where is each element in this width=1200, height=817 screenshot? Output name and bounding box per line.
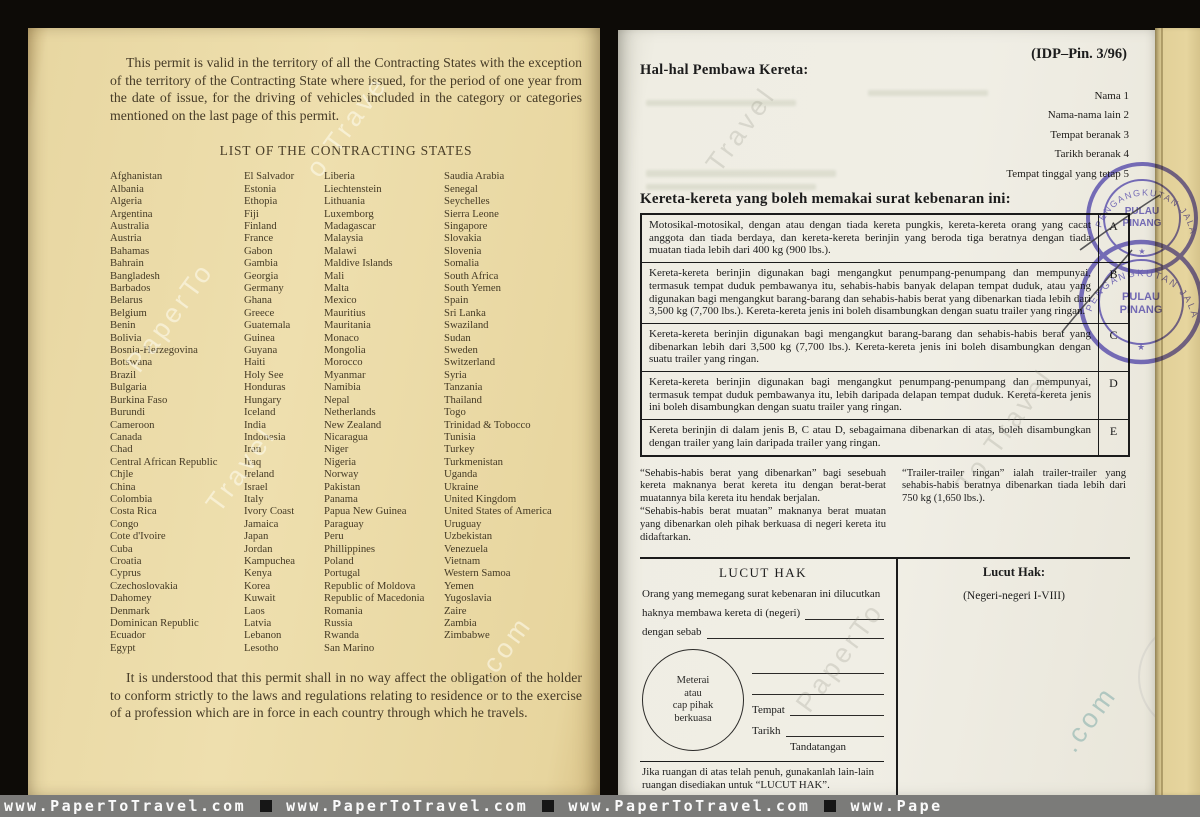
country-name: Guatemala bbox=[244, 319, 324, 331]
country-name: Malaysia bbox=[324, 232, 444, 244]
country-name: Netherlands bbox=[324, 406, 444, 418]
country-name: Sudan bbox=[444, 332, 562, 344]
category-row: Kereta berinjin di dalam jenis B, C atau… bbox=[642, 420, 1128, 454]
country-name: Ethopia bbox=[244, 195, 324, 207]
country-name: Slovakia bbox=[444, 232, 562, 244]
country-name: Malawi bbox=[324, 245, 444, 257]
personal-field-label: Tempat tinggal yang tetap 5 bbox=[640, 165, 1129, 184]
country-name: Maldive Islands bbox=[324, 257, 444, 269]
category-row: Kereta-kereta berinjin digunakan bagi me… bbox=[642, 263, 1128, 324]
country-name: Spain bbox=[444, 294, 562, 306]
reason-field-label: dengan sebab bbox=[642, 626, 702, 639]
watermark-url-text: www.PaperToTravel.com bbox=[286, 797, 528, 815]
country-name: Mali bbox=[324, 270, 444, 282]
country-name: Yugoslavia bbox=[444, 592, 562, 604]
country-name: Panama bbox=[324, 493, 444, 505]
svg-text:★: ★ bbox=[1138, 247, 1145, 256]
country-name: Cyprus bbox=[110, 567, 244, 579]
country-name: Romania bbox=[324, 605, 444, 617]
country-column-4: Saudia ArabiaSenegalSeychellesSierra Leo… bbox=[444, 170, 562, 654]
reason-line: dengan sebab bbox=[642, 626, 884, 639]
country-name: Burundi bbox=[110, 406, 244, 418]
lucut-hak-footnote: Jika ruangan di atas telah penuh, gunaka… bbox=[642, 766, 884, 791]
country-name: Ireland bbox=[244, 468, 324, 480]
personal-field-label: Tarikh beranak 4 bbox=[640, 145, 1129, 164]
country-name: Mauritania bbox=[324, 319, 444, 331]
personal-field-label: Nama 1 bbox=[640, 87, 1129, 106]
country-name: Estonia bbox=[244, 183, 324, 195]
country-name: New Zealand bbox=[324, 419, 444, 431]
seal-text-line: atau bbox=[643, 688, 743, 701]
country-name: Ukraine bbox=[444, 481, 562, 493]
definitions-right-column: “Trailer-trailer ringan” ialah trailer-t… bbox=[902, 468, 1126, 546]
country-name: Egypt bbox=[110, 642, 244, 654]
country-name: Slovenia bbox=[444, 245, 562, 257]
country-name: Switzerland bbox=[444, 356, 562, 368]
country-name: Papua New Guinea bbox=[324, 505, 444, 517]
country-name: Bangladesh bbox=[110, 270, 244, 282]
permit-validity-paragraph: This permit is valid in the territory of… bbox=[110, 54, 582, 124]
country-name: United States of America bbox=[444, 505, 562, 517]
country-name: Cuba bbox=[110, 543, 244, 555]
place-blank-field[interactable] bbox=[790, 703, 884, 716]
country-name: Gambia bbox=[244, 257, 324, 269]
country-name: China bbox=[110, 481, 244, 493]
seal-text-line: cap pihak bbox=[643, 700, 743, 713]
country-column-1: AfghanistanAlbaniaAlgeriaArgentinaAustra… bbox=[110, 170, 244, 654]
country-name: Madagascar bbox=[324, 220, 444, 232]
svg-text:★: ★ bbox=[1137, 342, 1145, 352]
personal-field-label: Tempat beranak 3 bbox=[640, 126, 1129, 145]
category-description: Kereta-kereta berinjin digunakan bagi me… bbox=[642, 372, 1099, 419]
authority-seal-circle: Meteraiataucap pihakberkuasa bbox=[642, 649, 744, 751]
country-name: Bosnia-Herzegovina bbox=[110, 344, 244, 356]
country-name: Barbados bbox=[110, 282, 244, 294]
country-name: Georgia bbox=[244, 270, 324, 282]
country-name: Laos bbox=[244, 605, 324, 617]
lucut-hak-ref-heading: Lucut Hak: bbox=[898, 565, 1130, 580]
country-name: Ghana bbox=[244, 294, 324, 306]
country-name: Croatia bbox=[110, 555, 244, 567]
country-name: Togo bbox=[444, 406, 562, 418]
disqualification-line-1: Orang yang memegang surat kebenaran ini … bbox=[642, 588, 884, 601]
date-line: Tarikh bbox=[752, 716, 884, 737]
divider-rule bbox=[640, 761, 884, 762]
country-name: Morocco bbox=[324, 356, 444, 368]
seal-side-fields: Tempat Tarikh Tandatangan bbox=[744, 649, 884, 753]
category-row: Kereta-kereta berinjin digunakan bagi me… bbox=[642, 372, 1128, 420]
lucut-hak-heading: LUCUT HAK bbox=[642, 565, 884, 581]
country-name: Saudia Arabia bbox=[444, 170, 562, 182]
country-name: Germany bbox=[244, 282, 324, 294]
svg-text:PULAU: PULAU bbox=[1122, 291, 1160, 303]
country-name: Guinea bbox=[244, 332, 324, 344]
country-name: United Kingdom bbox=[444, 493, 562, 505]
disqualification-line-2: haknya membawa kereta di (negeri) bbox=[642, 607, 884, 620]
country-name: Pakistan bbox=[324, 481, 444, 493]
country-name: Holy See bbox=[244, 369, 324, 381]
svg-text:PINANG: PINANG bbox=[1120, 304, 1163, 316]
country-name: Liechtenstein bbox=[324, 183, 444, 195]
lucut-hak-form: LUCUT HAK Orang yang memegang surat kebe… bbox=[640, 559, 898, 799]
seal-text-line: Meterai bbox=[643, 675, 743, 688]
country-name: Phillippines bbox=[324, 543, 444, 555]
country-name: Russia bbox=[324, 617, 444, 629]
country-name: France bbox=[244, 232, 324, 244]
country-name: Malta bbox=[324, 282, 444, 294]
country-name: Cameroon bbox=[110, 419, 244, 431]
country-name: Lebanon bbox=[244, 629, 324, 641]
country-field-label: haknya membawa kereta di (negeri) bbox=[642, 607, 800, 620]
country-name: Lithuania bbox=[324, 195, 444, 207]
personal-particulars-index: Nama 1Nama-nama lain 2Tempat beranak 3Ta… bbox=[640, 87, 1129, 184]
country-name: Uganda bbox=[444, 468, 562, 480]
lucut-hak-reference: Lucut Hak: (Negeri-negeri I-VIII) bbox=[898, 559, 1130, 799]
watermark-url-text: www.Pape bbox=[850, 797, 942, 815]
country-name: Israel bbox=[244, 481, 324, 493]
country-name: Uzbekistan bbox=[444, 530, 562, 542]
country-name: Sweden bbox=[444, 344, 562, 356]
country-name: Singapore bbox=[444, 220, 562, 232]
country-name: Peru bbox=[324, 530, 444, 542]
booklet-cover-edge bbox=[1155, 28, 1200, 795]
country-name: Republic of Moldova bbox=[324, 580, 444, 592]
country-name: Zambia bbox=[444, 617, 562, 629]
country-name: Senegal bbox=[444, 183, 562, 195]
country-name: Bahrain bbox=[110, 257, 244, 269]
country-name: Chjle bbox=[110, 468, 244, 480]
country-name: Iceland bbox=[244, 406, 324, 418]
place-line: Tempat bbox=[752, 695, 884, 716]
country-name: Turkey bbox=[444, 443, 562, 455]
country-name: Dahomey bbox=[110, 592, 244, 604]
country-name: Turkmenistan bbox=[444, 456, 562, 468]
country-blank-field[interactable] bbox=[805, 607, 884, 620]
country-name: Algeria bbox=[110, 195, 244, 207]
country-name: Colombia bbox=[110, 493, 244, 505]
definition-paragraph: “Sehabis-habis berat yang dibenarkan” ba… bbox=[640, 468, 886, 506]
left-page: This permit is valid in the territory of… bbox=[28, 28, 600, 795]
cover-crease bbox=[1161, 28, 1163, 795]
country-name: Swaziland bbox=[444, 319, 562, 331]
country-name: Italy bbox=[244, 493, 324, 505]
country-name: Tanzania bbox=[444, 381, 562, 393]
country-name: Syria bbox=[444, 369, 562, 381]
country-name: Mongolia bbox=[324, 344, 444, 356]
country-name: Iran bbox=[244, 443, 324, 455]
country-name: Mauritius bbox=[324, 307, 444, 319]
country-name: Portugal bbox=[324, 567, 444, 579]
watermark-url-text: www.PaperToTravel.com bbox=[568, 797, 810, 815]
country-name: Austria bbox=[110, 232, 244, 244]
country-name: Nigeria bbox=[324, 456, 444, 468]
page-title: Hal-hal Pembawa Kereta: bbox=[640, 62, 1129, 79]
blank-line bbox=[752, 674, 884, 695]
right-page-content: (IDP–Pin. 3/96) Hal-hal Pembawa Kereta: … bbox=[618, 30, 1155, 799]
definitions-notes: “Sehabis-habis berat yang dibenarkan” ba… bbox=[640, 468, 1126, 546]
right-page: (IDP–Pin. 3/96) Hal-hal Pembawa Kereta: … bbox=[618, 30, 1155, 795]
category-description: Kereta berinjin di dalam jenis B, C atau… bbox=[642, 420, 1099, 454]
country-name: Albania bbox=[110, 183, 244, 195]
country-name: Kampuchea bbox=[244, 555, 324, 567]
country-name: Botswana bbox=[110, 356, 244, 368]
country-name: Western Samoa bbox=[444, 567, 562, 579]
country-name: Namibia bbox=[324, 381, 444, 393]
country-name: Denmark bbox=[110, 605, 244, 617]
country-name: Greece bbox=[244, 307, 324, 319]
country-name: Costa Rica bbox=[110, 505, 244, 517]
form-reference: (IDP–Pin. 3/96) bbox=[1031, 46, 1127, 63]
category-description: Motosikal-motosikal, dengan atau dengan … bbox=[642, 215, 1099, 262]
country-name: Niger bbox=[324, 443, 444, 455]
country-name: South Yemen bbox=[444, 282, 562, 294]
country-name: Norway bbox=[324, 468, 444, 480]
country-name: Venezuela bbox=[444, 543, 562, 555]
country-name: Canada bbox=[110, 431, 244, 443]
signature-label: Tandatangan bbox=[752, 741, 884, 753]
category-letter: E bbox=[1099, 420, 1128, 454]
country-name: Sri Lanka bbox=[444, 307, 562, 319]
country-name: Seychelles bbox=[444, 195, 562, 207]
country-name: Paraguay bbox=[324, 518, 444, 530]
country-name: Jordan bbox=[244, 543, 324, 555]
country-name: Czechoslovakia bbox=[110, 580, 244, 592]
vehicle-categories-table: Motosikal-motosikal, dengan atau dengan … bbox=[640, 213, 1130, 457]
contracting-states-heading: LIST OF THE CONTRACTING STATES bbox=[110, 143, 582, 159]
country-name: Bahamas bbox=[110, 245, 244, 257]
country-name: Ecuador bbox=[110, 629, 244, 641]
place-field-label: Tempat bbox=[752, 704, 785, 716]
country-name: Congo bbox=[110, 518, 244, 530]
country-name: Republic of Macedonia bbox=[324, 592, 444, 604]
separator-square bbox=[824, 800, 836, 812]
country-name: Monaco bbox=[324, 332, 444, 344]
vehicle-categories-title: Kereta-kereta yang boleh memakai surat k… bbox=[640, 191, 1129, 208]
country-name: San Marino bbox=[324, 642, 444, 654]
extra-blank-field[interactable] bbox=[752, 682, 884, 695]
country-name: Honduras bbox=[244, 381, 324, 393]
country-name: Indonesia bbox=[244, 431, 324, 443]
date-field-label: Tarikh bbox=[752, 725, 781, 737]
category-row: Kereta-kereta berinjin digunakan bagi me… bbox=[642, 324, 1128, 372]
country-name: Chad bbox=[110, 443, 244, 455]
country-name: India bbox=[244, 419, 324, 431]
category-description: Kereta-kereta berinjin digunakan bagi me… bbox=[642, 324, 1099, 371]
country-name: Poland bbox=[324, 555, 444, 567]
blank-line bbox=[752, 653, 884, 674]
country-name: Central African Republic bbox=[110, 456, 244, 468]
watermark-url-text: www.PaperToTravel.com bbox=[4, 797, 246, 815]
definition-paragraph: “Trailer-trailer ringan” ialah trailer-t… bbox=[902, 468, 1126, 506]
separator-square bbox=[542, 800, 554, 812]
country-name: Lesotho bbox=[244, 642, 324, 654]
country-name: Guyana bbox=[244, 344, 324, 356]
country-name: Brazil bbox=[110, 369, 244, 381]
scanned-permit-booklet: This permit is valid in the territory of… bbox=[0, 0, 1200, 817]
country-name: Bulgaria bbox=[110, 381, 244, 393]
definition-paragraph: “Sehabis-habis berat muatan” maknanya be… bbox=[640, 506, 886, 544]
separator-square bbox=[260, 800, 272, 812]
seal-text-line: berkuasa bbox=[643, 713, 743, 726]
country-name: Hungary bbox=[244, 394, 324, 406]
country-name: Nepal bbox=[324, 394, 444, 406]
country-name: Korea bbox=[244, 580, 324, 592]
country-name: Trinidad & Tobocco bbox=[444, 419, 562, 431]
country-name: Burkina Faso bbox=[110, 394, 244, 406]
country-name: Rwanda bbox=[324, 629, 444, 641]
country-name: Luxemborg bbox=[324, 208, 444, 220]
personal-field-label: Nama-nama lain 2 bbox=[640, 106, 1129, 125]
country-name: Sierra Leone bbox=[444, 208, 562, 220]
country-name: Fiji bbox=[244, 208, 324, 220]
country-name: Vietnam bbox=[444, 555, 562, 567]
country-name: Myanmar bbox=[324, 369, 444, 381]
country-column-3: LiberiaLiechtensteinLithuaniaLuxemborgMa… bbox=[324, 170, 444, 654]
contracting-states-list: AfghanistanAlbaniaAlgeriaArgentinaAustra… bbox=[110, 170, 578, 654]
country-name: Cote d'Ivoire bbox=[110, 530, 244, 542]
date-blank-field[interactable] bbox=[786, 724, 884, 737]
country-name: Haiti bbox=[244, 356, 324, 368]
country-name: Bolivia bbox=[110, 332, 244, 344]
left-page-content: This permit is valid in the territory of… bbox=[28, 28, 600, 722]
country-name: Iraq bbox=[244, 456, 324, 468]
obligation-paragraph: It is understood that this permit shall … bbox=[110, 669, 582, 722]
country-name: South Africa bbox=[444, 270, 562, 282]
category-row: Motosikal-motosikal, dengan atau dengan … bbox=[642, 215, 1128, 263]
seal-row: Meteraiataucap pihakberkuasa Tempat Tari… bbox=[642, 649, 884, 753]
country-name: Dominican Republic bbox=[110, 617, 244, 629]
svg-text:PINANG: PINANG bbox=[1123, 218, 1162, 229]
lucut-hak-section: LUCUT HAK Orang yang memegang surat kebe… bbox=[640, 557, 1130, 799]
country-name: Zimbabwe bbox=[444, 629, 562, 641]
extra-blank-field[interactable] bbox=[752, 661, 884, 674]
country-name: Belarus bbox=[110, 294, 244, 306]
definitions-left-column: “Sehabis-habis berat yang dibenarkan” ba… bbox=[640, 468, 886, 546]
country-name: Japan bbox=[244, 530, 324, 542]
country-name: Nicaragua bbox=[324, 431, 444, 443]
country-name: Ivory Coast bbox=[244, 505, 324, 517]
rubber-stamp: PENGANGKUTAN JALAN PENGANGKUTAN JALAN PU… bbox=[1060, 150, 1200, 390]
country-name: Finland bbox=[244, 220, 324, 232]
country-name: Mexico bbox=[324, 294, 444, 306]
country-name: Kenya bbox=[244, 567, 324, 579]
country-name: Kuwait bbox=[244, 592, 324, 604]
country-name: El Salvador bbox=[244, 170, 324, 182]
country-name: Gabon bbox=[244, 245, 324, 257]
category-description: Kereta-kereta berinjin digunakan bagi me… bbox=[642, 263, 1099, 323]
watermark-bar: www.PaperToTravel.comwww.PaperToTravel.c… bbox=[0, 795, 1200, 817]
country-name: Somalia bbox=[444, 257, 562, 269]
country-name: Benin bbox=[110, 319, 244, 331]
country-name: Latvia bbox=[244, 617, 324, 629]
reason-blank-field[interactable] bbox=[707, 626, 884, 639]
country-name: Australia bbox=[110, 220, 244, 232]
country-column-2: El SalvadorEstoniaEthopiaFijiFinlandFran… bbox=[244, 170, 324, 654]
country-name: Thailand bbox=[444, 394, 562, 406]
country-name: Jamaica bbox=[244, 518, 324, 530]
country-name: Argentina bbox=[110, 208, 244, 220]
country-name: Belgium bbox=[110, 307, 244, 319]
country-name: Afghanistan bbox=[110, 170, 244, 182]
lucut-hak-ref-sub: (Negeri-negeri I-VIII) bbox=[898, 590, 1130, 602]
country-name: Tunisia bbox=[444, 431, 562, 443]
country-name: Yemen bbox=[444, 580, 562, 592]
country-name: Zaire bbox=[444, 605, 562, 617]
country-name: Uruguay bbox=[444, 518, 562, 530]
country-name: Liberia bbox=[324, 170, 444, 182]
